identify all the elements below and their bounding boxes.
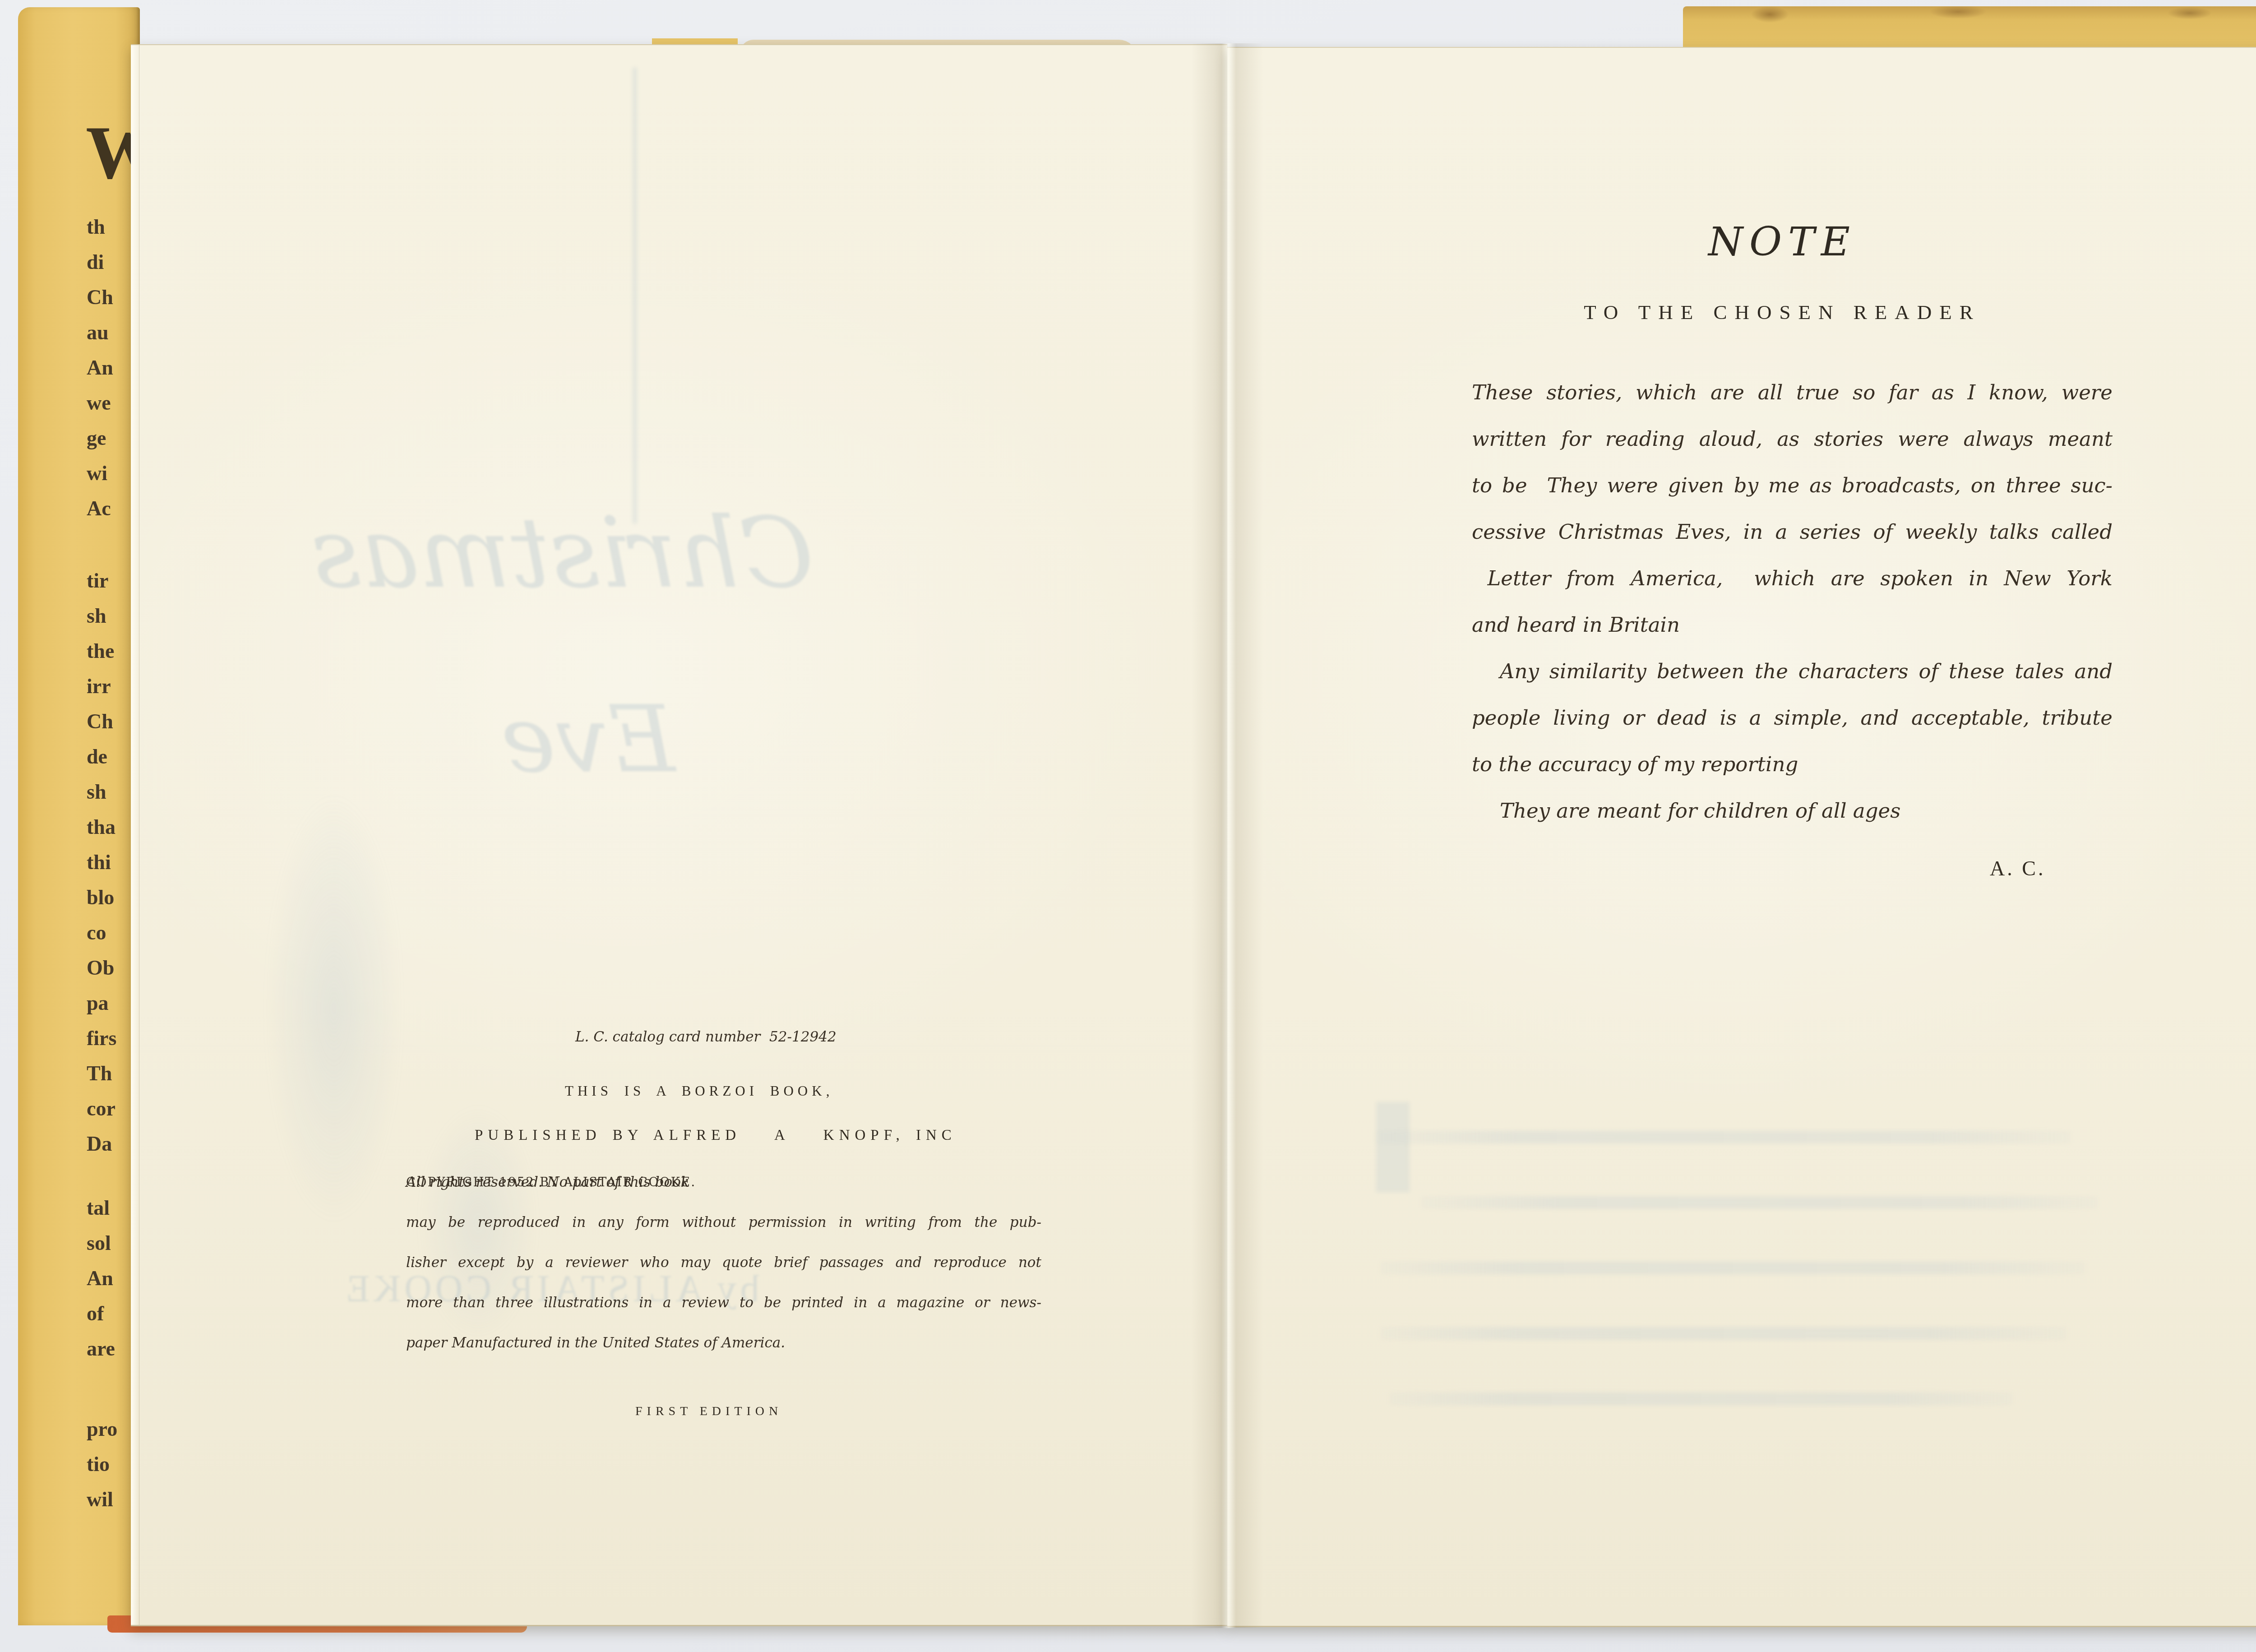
note-body-line: and heard in Britain <box>1472 602 2113 648</box>
page-edge-line <box>139 45 139 1625</box>
note-body-line: to be They were given by me as broadcast… <box>1472 462 2113 509</box>
note-body-line: These stories, which are all true so far… <box>1472 369 2113 416</box>
ghost-dropcap-showthrough <box>1376 1102 1410 1192</box>
copyright-line: COPYRIGHT 1952 BY ALISTAIR COOKE. All ri… <box>406 1162 1041 1203</box>
copyright-line: may be reproduced in any form without pe… <box>406 1203 1041 1243</box>
book-spread-photo: W thdiChauAnwegewiAc tirshtheirrChdeshth… <box>0 0 2256 1652</box>
copyright-line: more than three illustrations in a revie… <box>406 1283 1041 1323</box>
copyright-line-rest: All rights reserved. No part of this boo… <box>406 1162 689 1203</box>
note-body-line: people living or dead is a simple, and a… <box>1472 694 2113 741</box>
ghost-illustration-showthrough <box>633 68 637 523</box>
ghost-text-showthrough <box>1390 1393 2012 1405</box>
copyright-line: lisher except by a reviewer who may quot… <box>406 1243 1041 1283</box>
first-edition-line: FIRST EDITION <box>635 1404 782 1419</box>
note-title: NOTE <box>1227 218 2256 265</box>
ghost-text-showthrough <box>1421 1196 2098 1209</box>
note-body-line: Letter from America, which are spoken in… <box>1472 555 2113 602</box>
publisher-line: PUBLISHED BY ALFRED A KNOPF, INC <box>475 1127 957 1144</box>
ghost-text-showthrough <box>1381 1327 2066 1340</box>
note-body-paragraphs: These stories, which are all true so far… <box>1472 369 2113 834</box>
note-body-line: written for reading aloud, as stories we… <box>1472 416 2113 462</box>
borzoi-book-line: THIS IS A BORZOI BOOK, <box>565 1083 833 1099</box>
left-page-copyright: Christmas Eve by ALISTAIR COOKE L. C. ca… <box>131 44 1227 1626</box>
note-body-line: cessive Christmas Eves, in a series of w… <box>1472 509 2113 555</box>
dust-jacket-flap-left: W thdiChauAnwegewiAc tirshtheirrChdeshth… <box>18 7 140 1625</box>
note-body-line: Any similarity between the characters of… <box>1472 648 2113 694</box>
ghost-title-showthrough-line2: Eve <box>501 686 675 793</box>
ghost-figure-showthrough <box>266 794 402 1223</box>
ghost-title-showthrough-line1: Christmas <box>311 496 814 610</box>
ghost-text-showthrough <box>1376 1131 2071 1143</box>
copyright-paragraph: COPYRIGHT 1952 BY ALISTAIR COOKE. All ri… <box>406 1162 1041 1363</box>
author-initials-signature: A. C. <box>1990 856 2045 880</box>
right-page-note: NOTE TO THE CHOSEN READER These stories,… <box>1227 47 2256 1627</box>
catalog-card-number-line: L. C. catalog card number 52-12942 <box>575 1029 837 1045</box>
note-subtitle: TO THE CHOSEN READER <box>1227 301 2256 324</box>
note-body-line: to the accuracy of my reporting <box>1472 741 2113 787</box>
page-edge-highlight <box>131 45 138 1625</box>
copyright-line: paper Manufactured in the United States … <box>406 1323 1041 1363</box>
ghost-text-showthrough <box>1381 1262 2085 1274</box>
note-body-line: They are meant for children of all ages <box>1472 787 2113 834</box>
